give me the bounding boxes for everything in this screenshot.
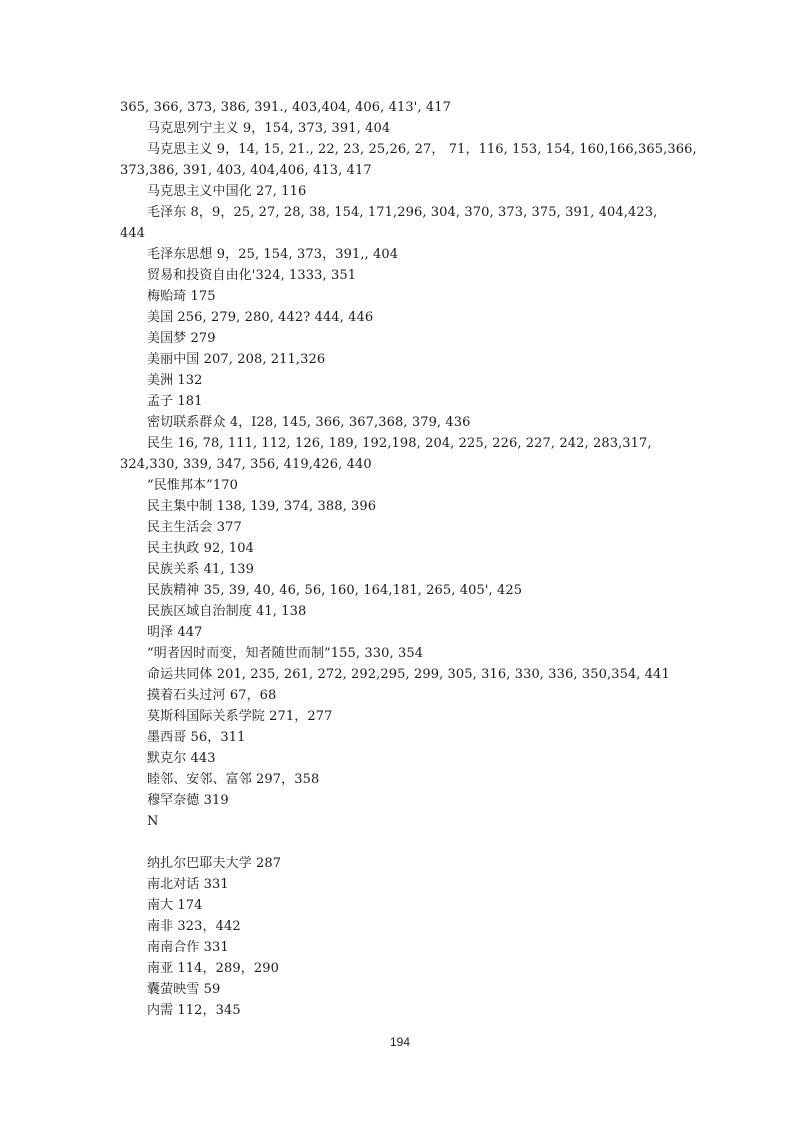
index-entry: 毛泽东 8，9，25, 27, 28, 38, 154, 171,296, 30… [120, 202, 685, 223]
index-entry: 墨西哥 56，311 [120, 727, 685, 748]
index-entry: 民主生活会 377 [120, 517, 685, 538]
index-entry: 睦邻、安邻、富邻 297，358 [120, 769, 685, 790]
index-entry: 纳扎尔巴耶夫大学 287 [120, 853, 685, 874]
index-entry: 摸着石头过河 67，68 [120, 685, 685, 706]
index-entry: 南非 323，442 [120, 916, 685, 937]
index-entry: 囊萤映雪 59 [120, 979, 685, 1000]
index-entry: 南大 174 [120, 895, 685, 916]
index-entry: “明者因时而变，知者随世而制”155, 330, 354 [120, 643, 685, 664]
index-entry: 民主执政 92, 104 [120, 538, 685, 559]
index-entry: 美国 256, 279, 280, 442? 444, 446 [120, 307, 685, 328]
index-entry: 南南合作 331 [120, 937, 685, 958]
index-entry: 明泽 447 [120, 622, 685, 643]
index-entry: 穆罕奈德 319 [120, 790, 685, 811]
index-entry: 贸易和投资自由化'324, 1333, 351 [120, 265, 685, 286]
index-entry: 民族关系 41, 139 [120, 559, 685, 580]
document-page: 365, 366, 373, 386, 391., 403,404, 406, … [0, 0, 800, 1131]
index-entry: 美国梦 279 [120, 328, 685, 349]
index-entry: 民族精神 35, 39, 40, 46, 56, 160, 164,181, 2… [120, 580, 685, 601]
index-line-continuation: 365, 366, 373, 386, 391., 403,404, 406, … [120, 97, 685, 118]
index-entry: 内需 112，345 [120, 1000, 685, 1021]
index-entry: 莫斯科国际关系学院 271，277 [120, 706, 685, 727]
index-entry: 孟子 181 [120, 391, 685, 412]
index-line-continuation: 373,386, 391, 403, 404,406, 413, 417 [120, 160, 685, 181]
index-entry: 美丽中国 207, 208, 211,326 [120, 349, 685, 370]
index-entry: 马克思列宁主义 9，154, 373, 391, 404 [120, 118, 685, 139]
index-entry: 默克尔 443 [120, 748, 685, 769]
index-entry: 密切联系群众 4，I28, 145, 366, 367,368, 379, 43… [120, 412, 685, 433]
section-letter-heading: N [120, 811, 685, 832]
index-line-continuation: 324,330, 339, 347, 356, 419,426, 440 [120, 454, 685, 475]
index-entry: 命运共同体 201, 235, 261, 272, 292,295, 299, … [120, 664, 685, 685]
index-entry: 南北对话 331 [120, 874, 685, 895]
index-entry: 马克思主义 9，14, 15, 21., 22, 23, 25,26, 27， … [120, 139, 685, 160]
index-entry: 梅贻琦 175 [120, 286, 685, 307]
index-entry: 南亚 114，289，290 [120, 958, 685, 979]
page-number: 194 [0, 1035, 800, 1049]
index-line-continuation: 444 [120, 223, 685, 244]
index-entry: 民生 16, 78, 111, 112, 126, 189, 192,198, … [120, 433, 685, 454]
index-entry: 美洲 132 [120, 370, 685, 391]
index-entry: “民惟邦本”170 [120, 475, 685, 496]
index-entry: 马克思主义中国化 27, 116 [120, 181, 685, 202]
index-entry: 毛泽东思想 9，25, 154, 373，391,, 404 [120, 244, 685, 265]
index-entry: 民族区域自治制度 41, 138 [120, 601, 685, 622]
index-entry: 民主集中制 138, 139, 374, 388, 396 [120, 496, 685, 517]
index-list: 365, 366, 373, 386, 391., 403,404, 406, … [120, 97, 685, 1021]
blank-line [120, 832, 685, 853]
